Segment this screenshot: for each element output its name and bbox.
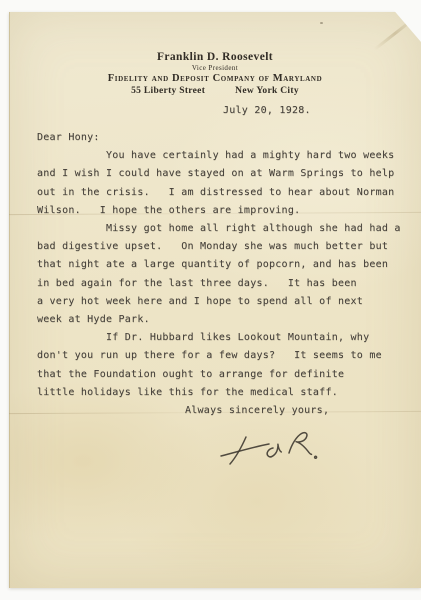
letterhead-street: 55 Liberty Street [131, 86, 205, 96]
salutation: Dear Hony: [37, 129, 409, 147]
body-line: and I wish I could have stayed on at War… [37, 165, 409, 183]
body-line: a very hot week here and I hope to spend… [37, 293, 409, 311]
letterhead-title: Vice President [9, 64, 421, 72]
body-line: Wilson. I hope the others are improving. [37, 202, 409, 220]
paper-speck [320, 22, 323, 24]
body-line: You have certainly had a mighty hard two… [37, 147, 409, 165]
body-line: in bed again for the last three days. It… [37, 275, 409, 293]
body-line: that the Foundation ought to arrange for… [37, 366, 409, 384]
letterhead-address: 55 Liberty Street New York City [9, 86, 421, 96]
letter-date: July 20, 1928. [223, 104, 409, 118]
fdr-signature [219, 423, 329, 469]
letterhead-name: Franklin D. Roosevelt [9, 51, 421, 63]
letterhead: Franklin D. Roosevelt Vice President Fid… [9, 12, 421, 96]
body-line: little holidays like this for the medica… [37, 384, 409, 402]
body-line: don't you run up there for a few days? I… [37, 347, 409, 365]
clipped-corner [385, 0, 421, 42]
letter-page: Franklin D. Roosevelt Vice President Fid… [9, 12, 421, 588]
body-line: bad digestive upset. On Monday she was m… [37, 238, 409, 256]
body-line: Missy got home all right although she ha… [37, 220, 409, 238]
letterhead-city: New York City [235, 86, 299, 96]
body-line: that night ate a large quantity of popco… [37, 256, 409, 274]
letter-body: Dear Hony: You have certainly had a migh… [37, 129, 409, 420]
body-line: If Dr. Hubbard likes Lookout Mountain, w… [37, 329, 409, 347]
body-line: week at Hyde Park. [37, 311, 409, 329]
body-line: out in the crisis. I am distressed to he… [37, 184, 409, 202]
letterhead-company: Fidelity and Deposit Company of Maryland [9, 73, 421, 84]
